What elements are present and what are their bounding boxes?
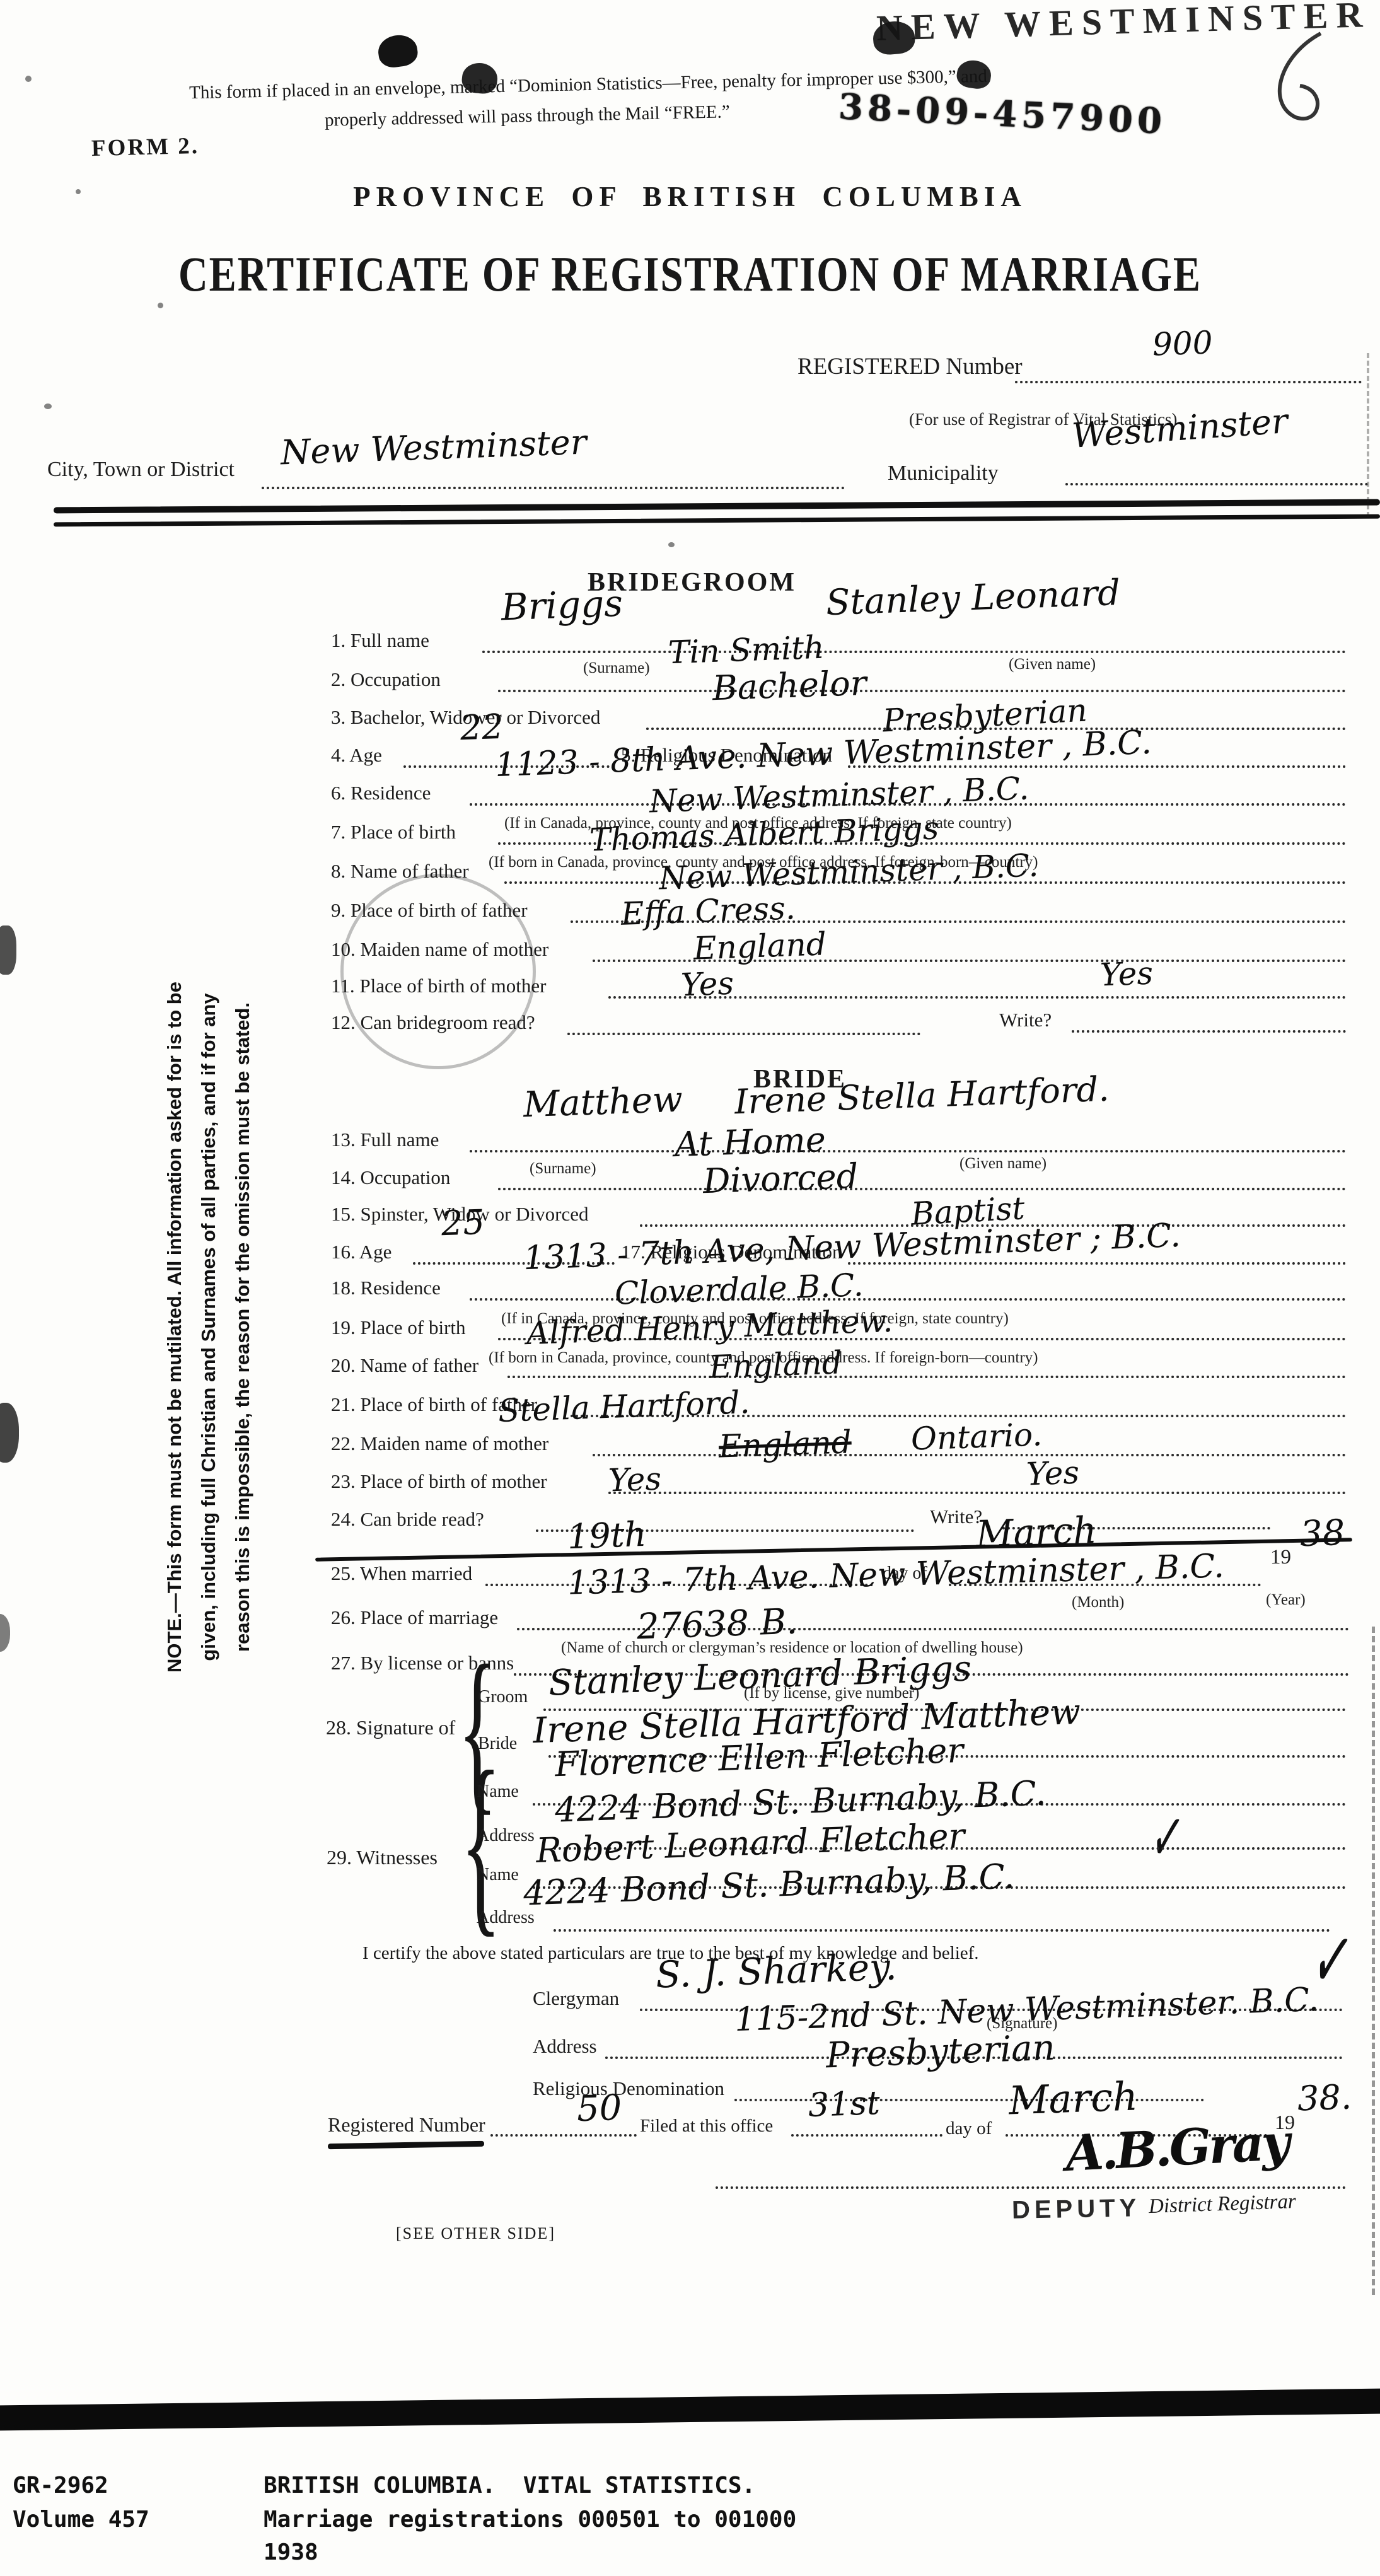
bride-mother-value: Stella Hartford. xyxy=(497,1384,750,1429)
double-rule-top xyxy=(54,499,1380,514)
district-registrar-label: District Registrar xyxy=(1148,2190,1296,2219)
noise-speck xyxy=(25,76,32,82)
footer-registration-range: Marriage registrations 000501 to 001000 xyxy=(264,2507,796,2532)
groom-mother-birthplace-label: 11. Place of birth of mother xyxy=(331,975,546,997)
dotted-line xyxy=(716,2186,1346,2189)
groom-can-read-label: 12. Can bridegroom read? xyxy=(331,1011,535,1034)
witness1-name-label: Name xyxy=(477,1782,519,1802)
signature-of-label: 28. Signature of xyxy=(326,1716,455,1739)
form-number: FORM 2. xyxy=(91,132,200,162)
groom-birthplace-value: New Westminster , B.C. xyxy=(649,770,1029,820)
noise-speck xyxy=(44,403,52,409)
given-name-caption: (Given name) xyxy=(1009,656,1096,673)
registration-stamp-number: 38-09-457900 xyxy=(838,86,1168,142)
dotted-line xyxy=(791,2134,942,2137)
groom-residence-value: 1123 - 8th Ave. New Westminster , B.C. xyxy=(494,724,1152,784)
province-heading: PROVINCE OF BRITISH COLUMBIA xyxy=(0,180,1380,213)
groom-surname-value: Briggs xyxy=(501,582,623,629)
footer-volume: Volume 457 xyxy=(13,2507,149,2532)
checkmark-icon: ✓ xyxy=(1147,1796,1188,1878)
month-caption: (Month) xyxy=(1072,1594,1124,1611)
bride-full-name-label: 13. Full name xyxy=(331,1128,439,1151)
groom-mother-birthplace-value: England xyxy=(693,925,827,966)
mutilation-note-line3: reason this is impossible, the reason fo… xyxy=(226,719,260,1935)
deputy-signature-value: A.B.Gray xyxy=(1064,2114,1289,2183)
see-other-side-note: [SEE OTHER SIDE] xyxy=(396,2224,555,2243)
bride-birthplace-label: 19. Place of birth xyxy=(331,1316,466,1339)
city-town-district-value: New Westminster xyxy=(280,422,587,473)
dotted-line xyxy=(262,487,845,489)
filed-registered-number-value: 50 xyxy=(576,2087,622,2130)
page-title: CERTIFICATE OF REGISTRATION OF MARRIAGE xyxy=(14,247,1366,303)
filed-day-value: 31st xyxy=(808,2084,881,2125)
dotted-line xyxy=(554,1929,1330,1932)
filed-month-value: March xyxy=(1008,2073,1139,2123)
license-number-value: 27638 B. xyxy=(636,1601,798,1648)
groom-occupation-label: 2. Occupation xyxy=(331,668,441,691)
witness1-address-label: Address xyxy=(477,1826,535,1846)
double-rule-bottom xyxy=(54,514,1380,527)
mutilation-note-line2: given, including full Christian and Surn… xyxy=(192,719,226,1935)
dotted-line xyxy=(490,2134,637,2137)
clergyman-signature-value: S. J. Sharkey. xyxy=(655,1945,898,1996)
dotted-line xyxy=(1015,381,1362,383)
bride-can-read-label: 24. Can bride read? xyxy=(331,1508,484,1531)
clergyman-religion-value: Presbyterian xyxy=(825,2028,1056,2077)
mail-notice-line2: properly addressed will pass through the… xyxy=(325,102,730,131)
groom-age-value: 22 xyxy=(460,707,504,748)
bride-age-value: 25 xyxy=(441,1202,485,1243)
footer-series-title: BRITISH COLUMBIA. VITAL STATISTICS. xyxy=(264,2473,755,2498)
bride-can-read-value: Yes xyxy=(608,1461,662,1499)
scan-edge-bar xyxy=(0,2388,1380,2430)
groom-given-name-value: Stanley Leonard xyxy=(825,572,1121,624)
bride-father-birthplace-value: England xyxy=(709,1344,843,1385)
bride-occupation-label: 14. Occupation xyxy=(331,1166,450,1189)
dotted-line xyxy=(608,1492,1346,1494)
dotted-line xyxy=(507,1376,1346,1378)
dotted-line xyxy=(498,1188,1346,1190)
filed-year-value: 38. xyxy=(1297,2077,1352,2119)
city-town-district-label: City, Town or District xyxy=(47,458,235,482)
dotted-line xyxy=(567,1033,920,1035)
bride-mother-birthplace-value: Ontario. xyxy=(910,1416,1043,1457)
groom-status-value: Bachelor xyxy=(712,663,867,708)
groom-can-write-value: Yes xyxy=(1099,955,1154,994)
bride-mother-label: 22. Maiden name of mother xyxy=(331,1432,548,1455)
groom-father-label: 8. Name of father xyxy=(331,860,469,883)
registered-number-label: REGISTERED Number xyxy=(797,353,1023,380)
scanned-marriage-certificate: NEW WESTMINSTER This form if placed in a… xyxy=(0,0,1380,2576)
day-of-label: day of xyxy=(946,2118,992,2139)
bride-residence-label: 18. Residence xyxy=(331,1277,441,1299)
groom-signature-label: Groom xyxy=(478,1687,528,1707)
registered-number-value: 900 xyxy=(1152,324,1213,363)
when-married-label: 25. When married xyxy=(331,1562,472,1585)
edge-smudge xyxy=(0,1614,10,1652)
bride-age-label: 16. Age xyxy=(331,1241,391,1263)
bride-status-value: Divorced xyxy=(702,1156,859,1202)
mutilation-note: NOTE.—This form must not be mutilated. A… xyxy=(158,719,265,1935)
clergyman-religion-label: Religious Denomination xyxy=(533,2077,724,2100)
noise-speck xyxy=(158,303,163,308)
dotted-line xyxy=(498,690,1346,692)
dotted-line xyxy=(1065,483,1368,485)
bride-can-write-value: Yes xyxy=(1026,1454,1080,1493)
when-married-month: March xyxy=(975,1509,1098,1556)
bride-mother-birthplace-label: 23. Place of birth of mother xyxy=(331,1470,547,1493)
groom-mother-label: 10. Maiden name of mother xyxy=(331,938,548,961)
bride-surname-value: Matthew xyxy=(523,1079,683,1126)
groom-can-write-label: Write? xyxy=(999,1009,1052,1031)
label-underline xyxy=(328,2141,484,2149)
municipality-label: Municipality xyxy=(888,461,999,485)
mutilation-note-line1: NOTE.—This form must not be mutilated. A… xyxy=(158,719,192,1935)
groom-mother-value: Effa Cress. xyxy=(620,890,796,932)
bride-father-label: 20. Name of father xyxy=(331,1354,478,1377)
deputy-stamp-label: DEPUTY xyxy=(1012,2194,1141,2225)
noise-speck xyxy=(76,189,81,194)
surname-caption: (Surname) xyxy=(583,659,650,677)
year-caption: (Year) xyxy=(1266,1591,1306,1609)
bride-can-write-label: Write? xyxy=(930,1506,982,1528)
edge-smudge xyxy=(0,925,16,975)
groom-age-label: 4. Age xyxy=(331,744,382,767)
given-name-caption: (Given name) xyxy=(960,1155,1047,1173)
pen-flourish xyxy=(1261,30,1343,125)
when-married-year: 38 xyxy=(1299,1512,1345,1555)
groom-full-name-label: 1. Full name xyxy=(331,629,429,652)
clergyman-address-label: Address xyxy=(533,2035,597,2058)
place-of-marriage-value: 1313 - 7th Ave. New Westminster , B.C. xyxy=(567,1547,1224,1602)
footer-year: 1938 xyxy=(264,2539,318,2565)
witness2-name-label: Name xyxy=(477,1865,519,1885)
dotted-line xyxy=(470,1298,1346,1301)
scan-edge-dashes xyxy=(1367,353,1369,517)
witnesses-label: 29. Witnesses xyxy=(327,1846,438,1869)
year-prefix: 19 xyxy=(1270,1546,1291,1569)
groom-can-read-value: Yes xyxy=(680,965,734,1004)
groom-residence-label: 6. Residence xyxy=(331,782,431,804)
filed-registered-number-label: Registered Number xyxy=(328,2113,485,2137)
dotted-line xyxy=(470,1150,1346,1152)
noise-speck xyxy=(668,542,675,547)
dotted-line xyxy=(1072,1030,1346,1033)
bride-mother-birthplace-struck: England xyxy=(718,1424,852,1465)
groom-birthplace-label: 7. Place of birth xyxy=(331,821,456,844)
edge-smudge xyxy=(0,1403,19,1463)
when-married-day: 19th xyxy=(567,1514,647,1557)
filed-at-office-label: Filed at this office xyxy=(640,2116,773,2137)
footer-gr-number: GR-2962 xyxy=(13,2473,108,2498)
dotted-line xyxy=(482,651,1346,653)
ink-blot xyxy=(376,33,419,69)
groom-father-birthplace-label: 9. Place of birth of father xyxy=(331,899,528,922)
place-of-marriage-label: 26. Place of marriage xyxy=(331,1606,498,1629)
scan-edge-dashes xyxy=(1372,1627,1375,2295)
clergyman-label: Clergyman xyxy=(533,1987,619,2010)
surname-caption: (Surname) xyxy=(530,1160,596,1178)
